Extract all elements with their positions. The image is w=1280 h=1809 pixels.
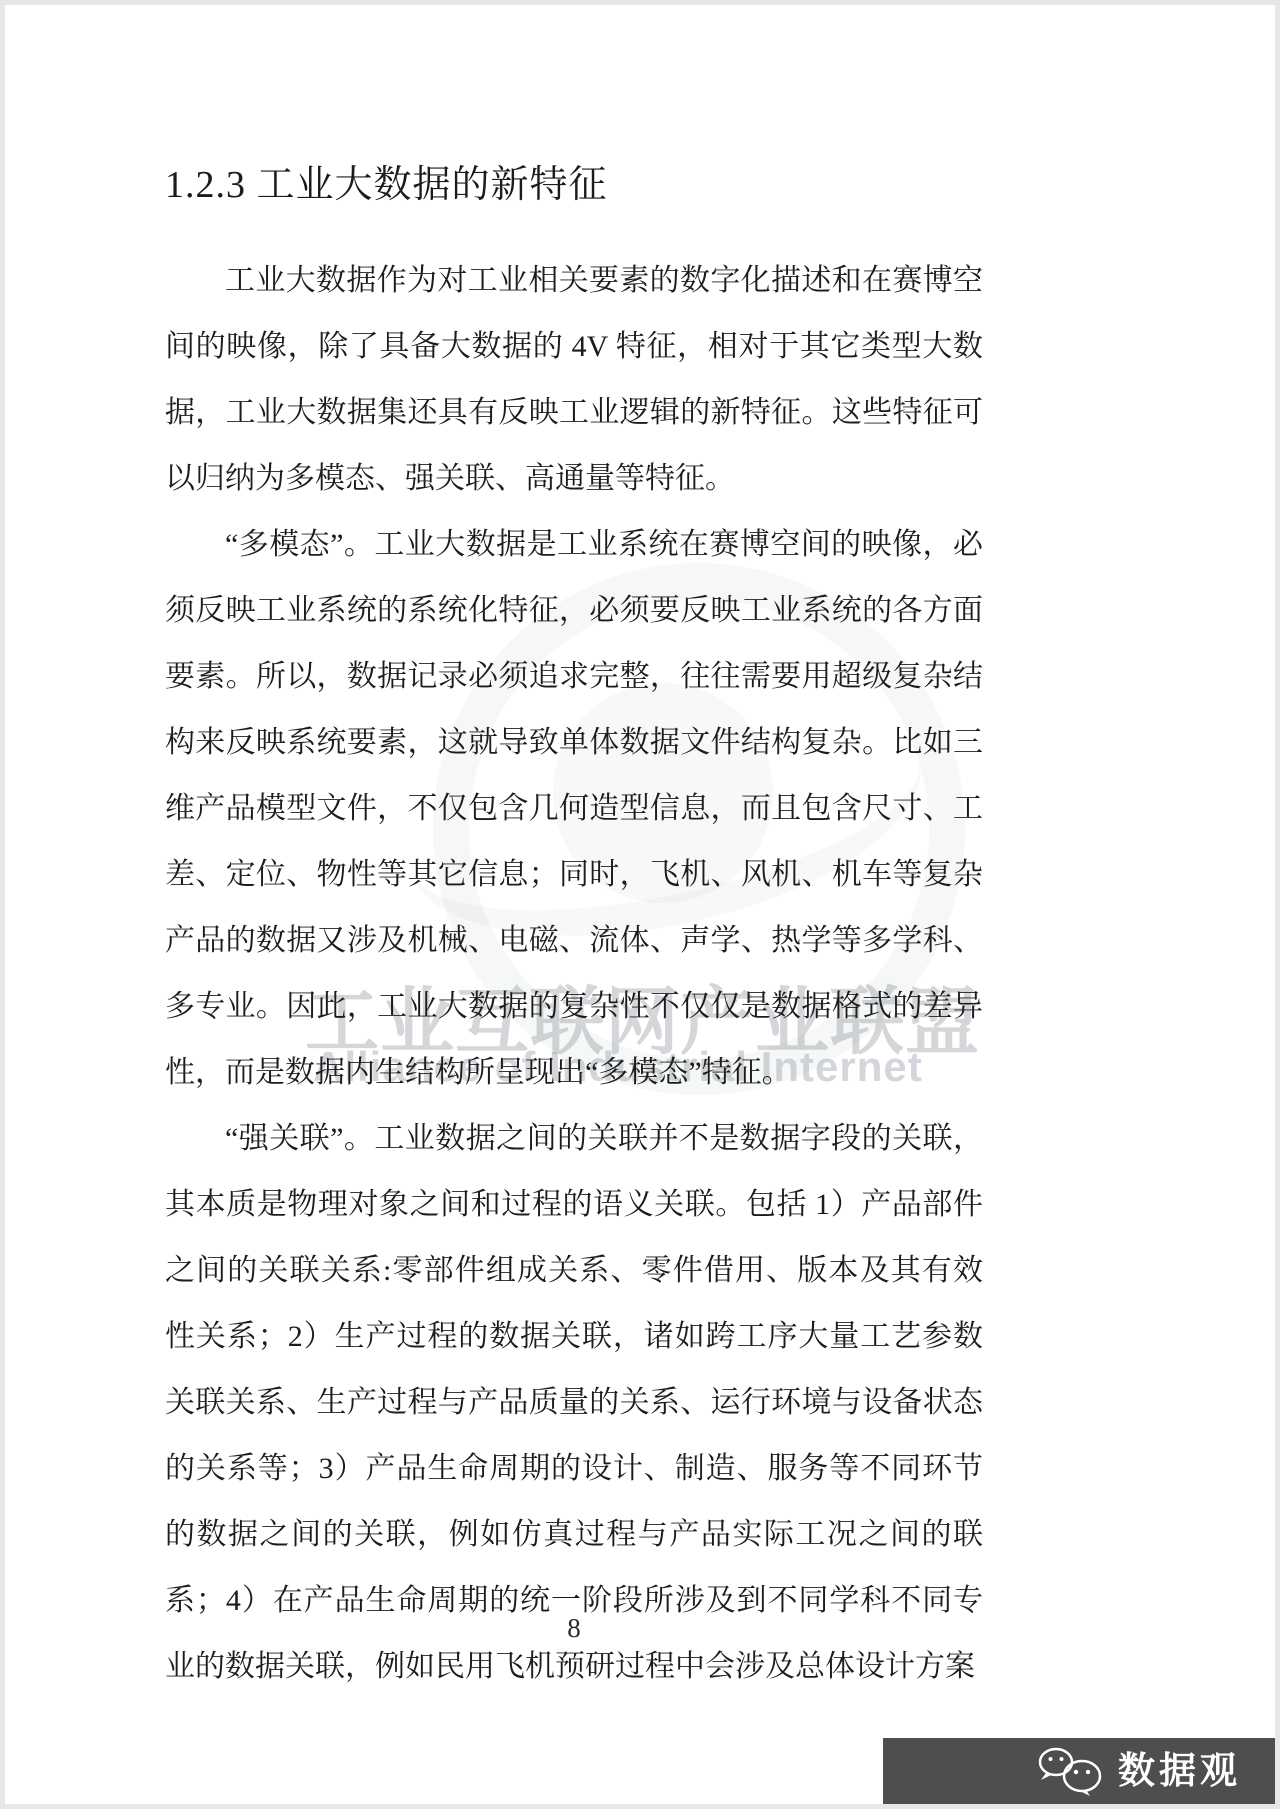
wechat-bubbles-icon (1034, 1745, 1108, 1797)
paragraph: 工业大数据作为对工业相关要素的数字化描述和在赛博空间的映像，除了具备大数据的 4… (165, 248, 983, 512)
paragraph: “强关联”。工业数据之间的关联并不是数据字段的关联，其本质是物理对象之间和过程的… (165, 1106, 983, 1700)
footer-logo-bar: 数据观 (883, 1738, 1275, 1804)
page-number: 8 (165, 1613, 983, 1644)
paragraph: “多模态”。工业大数据是工业系统在赛博空间的映像，必须反映工业系统的系统化特征，… (165, 512, 983, 1106)
body-text: 工业大数据作为对工业相关要素的数字化描述和在赛博空间的映像，除了具备大数据的 4… (165, 248, 983, 1700)
document-page: 工业互联网产业联盟 Alliance of Industrial Interne… (0, 0, 1280, 1809)
footer-logo-text: 数据观 (1118, 1752, 1241, 1791)
section-heading: 1.2.3 工业大数据的新特征 (165, 153, 608, 208)
